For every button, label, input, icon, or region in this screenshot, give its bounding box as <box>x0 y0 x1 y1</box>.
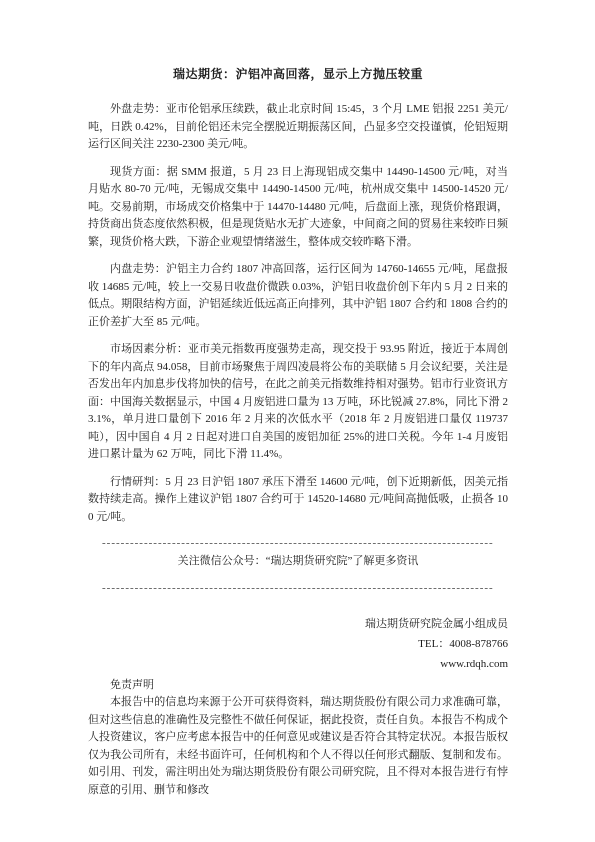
report-title: 瑞达期货：沪铝冲高回落，显示上方抛压较重 <box>88 66 508 82</box>
contact-team-name: 瑞达期货研究院金属小组成员 <box>88 614 508 634</box>
report-page: 瑞达期货：沪铝冲高回落，显示上方抛压较重 外盘走势：亚市伦铝承压续跌，截止北京时… <box>0 0 595 842</box>
dashed-separator-bottom: ----------------------------------------… <box>102 583 494 594</box>
contact-block: 瑞达期货研究院金属小组成员 TEL：4008-878766 www.rdqh.c… <box>88 614 508 674</box>
disclaimer-body: 本报告中的信息均来源于公开可获得资料，瑞达期货股份有限公司力求准确可靠，但对这些… <box>88 694 508 799</box>
paragraph-market-factor-analysis: 市场因素分析：亚市美元指数再度强势走高，现交投于 93.95 附近，接近于本周创… <box>88 341 508 464</box>
paragraph-domestic-market-trend: 内盘走势：沪铝主力合约 1807 冲高回落，运行区间为 14760-14655 … <box>88 261 508 331</box>
paragraph-spot-market: 现货方面：据 SMM 报道，5 月 23 日上海现铝成交集中 14490-145… <box>88 164 508 252</box>
disclaimer-heading: 免责声明 <box>88 677 508 695</box>
dashed-separator-top: ----------------------------------------… <box>102 538 494 549</box>
paragraph-outer-market-trend: 外盘走势：亚市伦铝承压续跌，截止北京时间 15:45，3 个月 LME 铝报 2… <box>88 101 508 154</box>
contact-website: www.rdqh.com <box>88 654 508 674</box>
contact-telephone: TEL：4008-878766 <box>88 634 508 654</box>
wechat-notice: 关注微信公众号：“瑞达期货研究院”了解更多资讯 <box>88 553 508 571</box>
paragraph-market-outlook: 行情研判：5 月 23 日沪铝 1807 承压下滑至 14600 元/吨，创下近… <box>88 474 508 527</box>
